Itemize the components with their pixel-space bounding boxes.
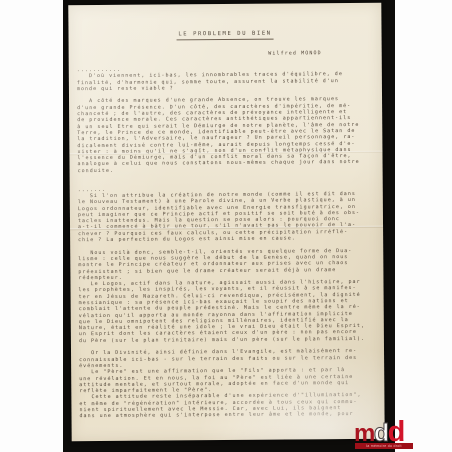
- author-name: Wilfred MONOD: [69, 50, 382, 58]
- paragraph: Si l'on attribue la création de notre mo…: [78, 191, 383, 244]
- paragraph: D'où viennent, ici-bas, les innombrables…: [77, 71, 382, 92]
- paragraph: A côté des marques d'une grande Absence,…: [77, 96, 383, 174]
- mdd-watermark-logo: mdd la mémoire du droit: [354, 420, 416, 452]
- paragraph: Le "Père" est une affirmation que le "Fi…: [79, 367, 384, 395]
- typed-text-block: ........... D'où viennent, ici-bas, les …: [69, 65, 385, 420]
- document-title: LE PROBLEME DU BIEN: [176, 31, 273, 41]
- paragraph: Nous voilà donc, semble-t-il, orientés v…: [78, 247, 383, 281]
- mdd-tagline-bar: la mémoire du droit: [355, 443, 413, 449]
- mdd-tagline-text: la mémoire du droit: [366, 444, 402, 448]
- typed-letter-sheet: LE PROBLEME DU BIEN Wilfred MONOD ......…: [68, 3, 384, 441]
- paragraph: Cette attitude reste inséparable d'une e…: [79, 392, 384, 420]
- paragraph: Le Logos, actif dans la nature, agissait…: [78, 279, 383, 344]
- scanned-page-view: LE PROBLEME DU BIEN Wilfred MONOD ......…: [0, 0, 452, 452]
